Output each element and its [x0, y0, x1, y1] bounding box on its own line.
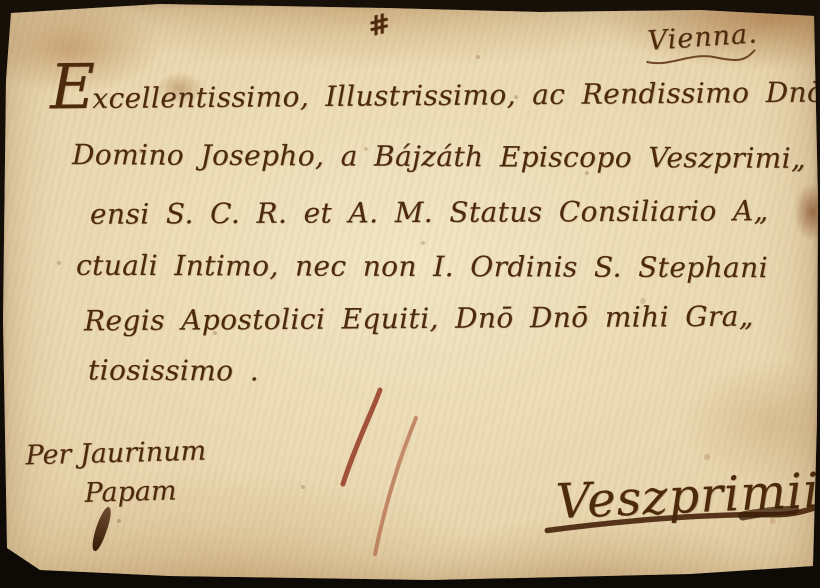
- letter-cover-paper: # Vienna. Excellentissimo, Illustrissimo…: [0, 0, 820, 588]
- address-line-4: ctuali Intimo, nec non I. Ordinis S. Ste…: [76, 249, 768, 285]
- destination-block: Veszprimii.: [555, 462, 820, 536]
- hash-mark: #: [365, 8, 394, 44]
- address-line-3: ensi S. C. R. et A. M. Status Consiliari…: [90, 194, 769, 232]
- address-line-5: Regis Apostolici Equiti, Dnō Dnō mihi Gr…: [84, 300, 754, 339]
- origin-annotation: Vienna.: [647, 18, 762, 69]
- address-line-1: Excellentissimo, Illustrissimo, ac Rendi…: [50, 71, 820, 117]
- routing-note-line-1: Per Jaurinum: [25, 436, 206, 472]
- destination-label: Veszprimii.: [555, 462, 820, 530]
- ink-blot: [88, 506, 114, 553]
- routing-note-line-2: Papam: [84, 475, 207, 509]
- address-line-2: Domino Josepho, a Bájzáth Episcopo Veszp…: [72, 138, 806, 176]
- red-crayon-rate-mark-icon: [328, 382, 438, 567]
- photo-frame: # Vienna. Excellentissimo, Illustrissimo…: [0, 0, 820, 588]
- paper-stains: [0, 0, 2, 2]
- address-line-6: tiosissimo .: [88, 354, 259, 389]
- routing-note: Per Jaurinum Papam: [25, 436, 207, 511]
